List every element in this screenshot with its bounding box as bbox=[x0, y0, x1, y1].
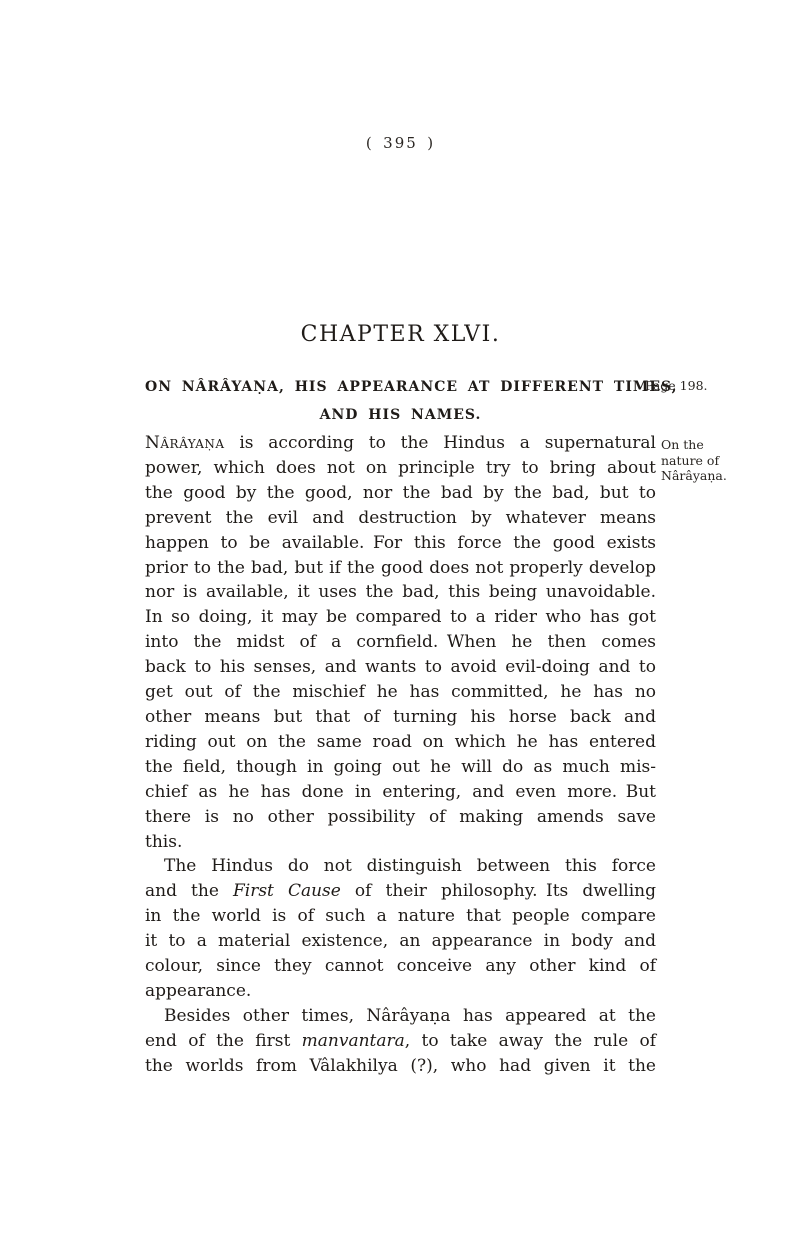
body-line: back to his senses, and wants to avoid e… bbox=[145, 655, 656, 680]
body-line: in the world is of such a nature that pe… bbox=[145, 904, 656, 929]
text-segment: nor is available, it uses the bad, this … bbox=[145, 582, 656, 602]
body-line: it to a material existence, an appearanc… bbox=[145, 929, 656, 954]
body-line: In so doing, it may be compared to a rid… bbox=[145, 605, 656, 630]
body-line: and the First Cause of their philosophy.… bbox=[145, 879, 656, 904]
chapter-subtitle: ON NÂRÂYAṆA, HIS APPEARANCE AT DIFFERENT… bbox=[145, 373, 656, 429]
text-segment: get out of the mischief he has committed… bbox=[145, 682, 656, 702]
text-segment: the good by the good, nor the bad by the… bbox=[145, 483, 656, 503]
body-line: appearance. bbox=[145, 979, 656, 1004]
text-segment: colour, since they cannot conceive any o… bbox=[145, 956, 656, 976]
text-segment: prevent the evil and destruction by what… bbox=[145, 508, 656, 528]
body-line: power, which does not on principle try t… bbox=[145, 456, 656, 481]
text-segment: of their philosophy. Its dwelling bbox=[341, 881, 656, 901]
margin-note-page-ref: Page 198. bbox=[645, 378, 755, 394]
chapter-title: CHAPTER XLVI. bbox=[145, 322, 656, 347]
text-segment: chief as he has done in entering, and ev… bbox=[145, 782, 656, 802]
body-line: into the midst of a cornfield. When he t… bbox=[145, 630, 656, 655]
text-segment: and the bbox=[145, 881, 233, 901]
text-segment: there is no other possibility of making … bbox=[145, 807, 656, 827]
text-segment: the worlds from Vâlakhilya (?), who had … bbox=[145, 1056, 656, 1076]
body-line: there is no other possibility of making … bbox=[145, 805, 656, 830]
text-segment: end of the first bbox=[145, 1031, 302, 1051]
body-line: other means but that of turning his hors… bbox=[145, 705, 656, 730]
text-segment: is according to the Hindus a supernatura… bbox=[225, 433, 656, 453]
body-line: riding out on the same road on which he … bbox=[145, 730, 656, 755]
italic-text: First Cause bbox=[233, 881, 341, 901]
body-line: the field, though in going out he will d… bbox=[145, 755, 656, 780]
body-line: this. bbox=[145, 830, 656, 855]
body-line: Besides other times, Nârâyaṇa has appear… bbox=[145, 1004, 656, 1029]
chapter-subtitle-line-1: ON NÂRÂYAṆA, HIS APPEARANCE AT DIFFERENT… bbox=[145, 373, 656, 401]
body-line: The Hindus do not distinguish between th… bbox=[145, 854, 656, 879]
text-segment: , to take away the rule of bbox=[405, 1031, 656, 1051]
text-segment: power, which does not on principle try t… bbox=[145, 458, 656, 478]
text-segment: prior to the bad, but if the good does n… bbox=[145, 558, 656, 578]
body-line: colour, since they cannot conceive any o… bbox=[145, 954, 656, 979]
book-page: ( 395 ) CHAPTER XLVI. ON NÂRÂYAṆA, HIS A… bbox=[0, 0, 800, 1237]
page-number: ( 395 ) bbox=[145, 134, 656, 152]
body-line: chief as he has done in entering, and ev… bbox=[145, 780, 656, 805]
body-line: end of the first manvantara, to take awa… bbox=[145, 1029, 656, 1054]
text-segment: it to a material existence, an appearanc… bbox=[145, 931, 656, 951]
text-segment: this. bbox=[145, 832, 182, 852]
text-segment: Besides other times, Nârâyaṇa has appear… bbox=[164, 1006, 656, 1026]
text-segment: in the world is of such a nature that pe… bbox=[145, 906, 656, 926]
chapter-subtitle-line-2: AND HIS NAMES. bbox=[145, 401, 656, 429]
text-segment: appearance. bbox=[145, 981, 251, 1001]
text-segment: back to his senses, and wants to avoid e… bbox=[145, 657, 656, 677]
text-segment: the field, though in going out he will d… bbox=[145, 757, 656, 777]
text-segment: In so doing, it may be compared to a rid… bbox=[145, 607, 656, 627]
body-line: prevent the evil and destruction by what… bbox=[145, 506, 656, 531]
body-line: prior to the bad, but if the good does n… bbox=[145, 556, 656, 581]
text-segment: into the midst of a cornfield. When he t… bbox=[145, 632, 656, 652]
italic-text: manvantara bbox=[302, 1031, 405, 1051]
body-line: the worlds from Vâlakhilya (?), who had … bbox=[145, 1054, 656, 1079]
body-text: Nârâyaṇa is according to the Hindus a su… bbox=[145, 431, 656, 1079]
text-segment: other means but that of turning his hors… bbox=[145, 707, 656, 727]
body-line: happen to be available. For this force t… bbox=[145, 531, 656, 556]
text-segment: The Hindus do not distinguish between th… bbox=[164, 856, 656, 876]
body-line: get out of the mischief he has committed… bbox=[145, 680, 656, 705]
margin-note-topic: On the nature of Nârâyaṇa. bbox=[661, 437, 737, 484]
text-segment: riding out on the same road on which he … bbox=[145, 732, 656, 752]
body-line: nor is available, it uses the bad, this … bbox=[145, 580, 656, 605]
text-segment: happen to be available. For this force t… bbox=[145, 533, 656, 553]
body-line: the good by the good, nor the bad by the… bbox=[145, 481, 656, 506]
body-line: Nârâyaṇa is according to the Hindus a su… bbox=[145, 431, 656, 456]
small-caps-text: Nârâyaṇa bbox=[145, 433, 225, 453]
